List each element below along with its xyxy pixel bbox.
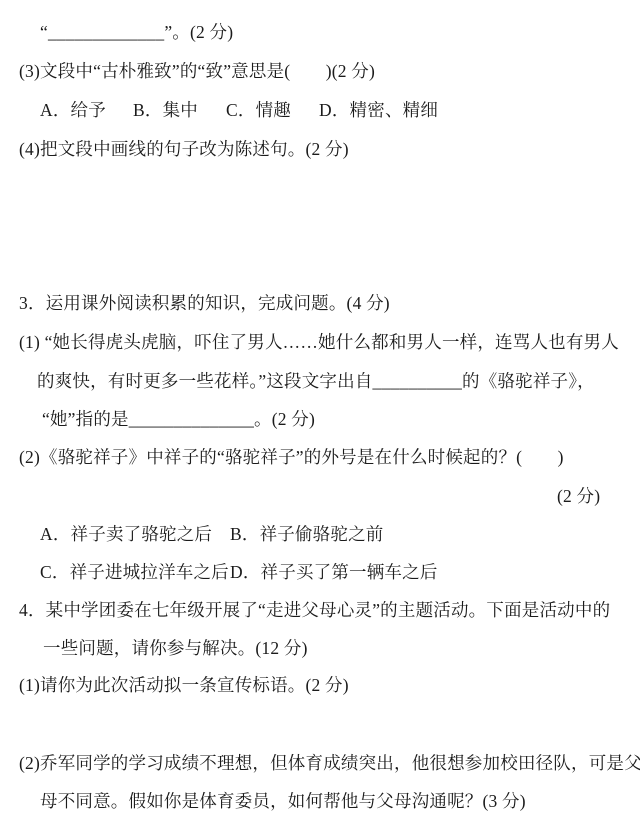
q3-part2-score: (2 分) <box>557 486 600 506</box>
q3-part2-options-row2: C．祥子进城拉洋车之后 D．祥子买了第一辆车之后 <box>40 562 438 582</box>
q3-part2-stem: (2)《骆驼祥子》中祥子的“骆驼祥子”的外号是在什么时候起的？( ) <box>19 447 564 467</box>
q3-part2-option-a: A．祥子卖了骆驼之后 <box>40 524 230 544</box>
q4-part2-line1: (2)乔军同学的学习成绩不理想，但体育成绩突出，他很想参加校田径队，可是父 <box>19 753 640 773</box>
q4-stem-line2: 一些问题，请你参与解决。(12 分) <box>43 638 308 658</box>
q3-stem: 3．运用课外阅读积累的知识，完成问题。(4 分) <box>19 293 390 313</box>
exam-page: “_____________”。(2 分) (3)文段中“古朴雅致”的“致”意思… <box>0 0 640 839</box>
q3-part1-line3: “她”指的是______________。(2 分) <box>42 409 315 429</box>
q2-part3-option-d: D．精密、精细 <box>319 100 438 120</box>
q2-part3-option-c: C．情趣 <box>226 100 319 120</box>
q2-part3-stem: (3)文段中“古朴雅致”的“致”意思是( )(2 分) <box>19 61 375 81</box>
q2-part4-stem: (4)把文段中画线的句子改为陈述句。(2 分) <box>19 139 349 159</box>
q3-part2-option-c: C．祥子进城拉洋车之后 <box>40 562 230 582</box>
q2-part3-option-a: A．给予 <box>40 100 133 120</box>
q4-part2-line2: 母不同意。假如你是体育委员，如何帮他与父母沟通呢？(3 分) <box>40 791 526 811</box>
q3-part2-option-d: D．祥子买了第一辆车之后 <box>230 562 438 582</box>
q3-part2-option-b: B．祥子偷骆驼之前 <box>230 524 383 544</box>
q2-part3-option-b: B．集中 <box>133 100 226 120</box>
q3-part2-options-row1: A．祥子卖了骆驼之后 B．祥子偷骆驼之前 <box>40 524 383 544</box>
q4-stem-line1: 4．某中学团委在七年级开展了“走进父母心灵”的主题活动。下面是活动中的 <box>19 600 610 620</box>
q2-part3-options: A．给予 B．集中 C．情趣 D．精密、精细 <box>40 100 438 120</box>
q4-part1-stem: (1)请你为此次活动拟一条宣传标语。(2 分) <box>19 675 349 695</box>
q3-part1-line1: (1) “她长得虎头虎脑，吓住了男人……她什么都和男人一样，连骂人也有男人 <box>19 332 619 352</box>
q3-part1-line2: 的爽快，有时更多一些花样。”这段文字出自__________的《骆驼祥子》， <box>37 371 595 391</box>
q2-blank-answer-line: “_____________”。(2 分) <box>40 22 233 42</box>
